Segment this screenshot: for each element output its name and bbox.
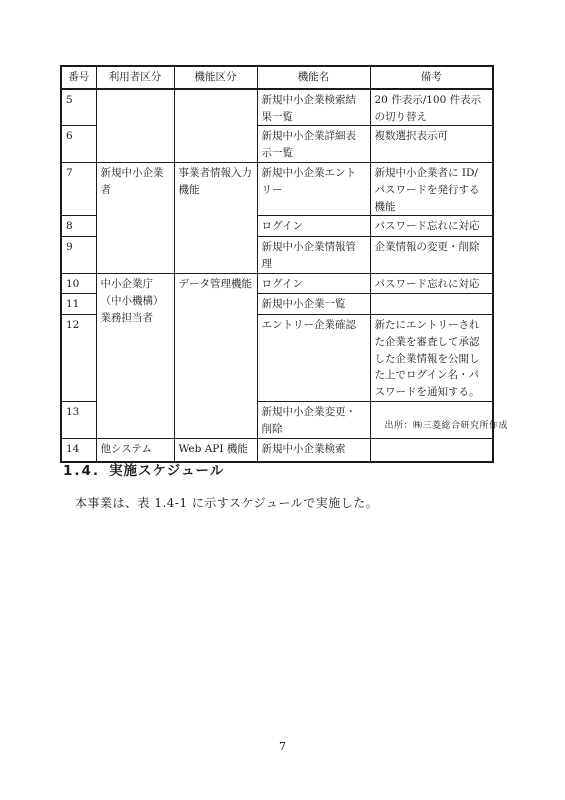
cell-no: 13 (61, 401, 96, 438)
cell-user (96, 89, 174, 163)
cell-remarks: 新規中小企業者に ID/パスワードを発行する機能 (370, 162, 493, 215)
table-source-note: 出所：㈱三菱総合研究所作成 (384, 418, 508, 431)
table-row: 5 新規中小企業検索結果一覧 20 件表示/100 件表示の切り替え (61, 89, 493, 126)
section-heading: 1.4.実施スケジュール (63, 459, 224, 479)
cell-no: 6 (61, 126, 96, 163)
cell-func-name: 新規中小企業エントリー (257, 162, 370, 215)
cell-func-name: 新規中小企業検索 (257, 438, 370, 462)
cell-func-name: 新規中小企業変更・削除 (257, 401, 370, 438)
cell-no: 9 (61, 237, 96, 274)
cell-func-name: 新規中小企業情報管理 (257, 237, 370, 274)
cell-func-cat: 事業者情報入力機能 (174, 162, 257, 273)
section-title: 実施スケジュール (109, 463, 224, 479)
table-row: 10 中小企業庁（中小機構）業務担当者 データ管理機能 ログイン パスワード忘れ… (61, 273, 493, 293)
cell-func-name: ログイン (257, 273, 370, 293)
cell-func-name: エントリー企業確認 (257, 314, 370, 401)
cell-no: 8 (61, 216, 96, 237)
body-paragraph: 本事業は、表 1.4-1 に示すスケジュールで実施した。 (75, 494, 378, 511)
cell-remarks: 複数選択表示可 (370, 126, 493, 163)
cell-remarks: パスワード忘れに対応 (370, 216, 493, 237)
document-page: 番号 利用者区分 機能区分 機能名 備考 5 新規中小企業検索結果一覧 20 件… (0, 0, 565, 800)
cell-remarks: 20 件表示/100 件表示の切り替え (370, 89, 493, 126)
cell-no: 11 (61, 293, 96, 314)
cell-func-name: ログイン (257, 216, 370, 237)
cell-func-cat: データ管理機能 (174, 273, 257, 438)
cell-func-name: 新規中小企業検索結果一覧 (257, 89, 370, 126)
page-number: 7 (0, 740, 565, 753)
col-header-user: 利用者区分 (96, 66, 174, 89)
cell-remarks: 新たにエントリーされた企業を審査して承認した企業情報を公開した上でログイン名・パ… (370, 314, 493, 401)
cell-func-cat (174, 89, 257, 163)
col-header-no: 番号 (61, 66, 96, 89)
cell-no: 5 (61, 89, 96, 126)
cell-user: 新規中小企業者 (96, 162, 174, 273)
table-row: 7 新規中小企業者 事業者情報入力機能 新規中小企業エントリー 新規中小企業者に… (61, 162, 493, 215)
cell-no: 7 (61, 162, 96, 215)
cell-no: 12 (61, 314, 96, 401)
col-header-func-name: 機能名 (257, 66, 370, 89)
col-header-func-cat: 機能区分 (174, 66, 257, 89)
table-header-row: 番号 利用者区分 機能区分 機能名 備考 (61, 66, 493, 89)
cell-func-name: 新規中小企業詳細表示一覧 (257, 126, 370, 163)
function-table: 番号 利用者区分 機能区分 機能名 備考 5 新規中小企業検索結果一覧 20 件… (60, 65, 494, 463)
cell-remarks: パスワード忘れに対応 (370, 273, 493, 293)
cell-remarks (370, 438, 493, 462)
cell-func-name: 新規中小企業一覧 (257, 293, 370, 314)
cell-user: 中小企業庁（中小機構）業務担当者 (96, 273, 174, 438)
section-number: 1.4. (63, 463, 100, 479)
cell-no: 10 (61, 273, 96, 293)
cell-remarks: 企業情報の変更・削除 (370, 237, 493, 274)
col-header-remarks: 備考 (370, 66, 493, 89)
cell-remarks (370, 293, 493, 314)
